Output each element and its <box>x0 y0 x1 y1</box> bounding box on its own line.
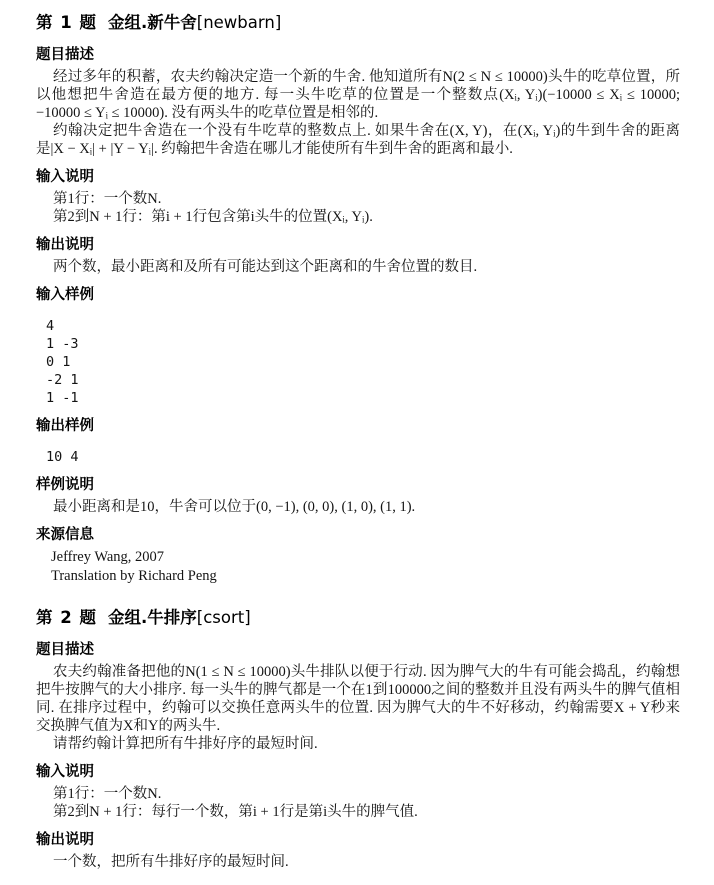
section-heading-description: 题目描述 <box>36 46 680 64</box>
description-paragraph: 约翰决定把牛舍造在一个没有牛吃草的整数点上. 如果牛舍在(X, Y)，在(Xᵢ,… <box>36 122 680 158</box>
description-paragraph: 请帮约翰计算把所有牛排好序的最短时间. <box>36 735 680 753</box>
document-body: { "labels": { "description": "题目描述", "in… <box>0 0 714 885</box>
section-heading-input-spec: 输入说明 <box>36 763 680 781</box>
output-spec-text: 两个数，最小距离和及所有可能达到这个距离和的牛舍位置的数目. <box>36 258 680 276</box>
problem-1-number: 第 1 题 <box>36 13 97 32</box>
problem-1-code-tag: [newbarn] <box>197 13 282 32</box>
section-heading-input-spec: 输入说明 <box>36 168 680 186</box>
output-spec-text: 一个数，把所有牛排好序的最短时间. <box>36 853 680 871</box>
problem-document-page: 第 1 题金组.新牛舍[newbarn] 题目描述 经过多年的积蓄，农夫约翰决定… <box>0 0 714 885</box>
problem-2-code-tag: [csort] <box>197 608 251 627</box>
source-line: Jeffrey Wang, 2007 <box>36 548 680 567</box>
sample-note-text: 最小距离和是10，牛舍可以位于(0, −1), (0, 0), (1, 0), … <box>36 498 680 516</box>
section-heading-sample-input: 输入样例 <box>36 286 680 304</box>
problem-1-title: 第 1 题金组.新牛舍[newbarn] <box>36 12 680 33</box>
description-paragraph: 农夫约翰准备把他的N(1 ≤ N ≤ 10000)头牛排队以便于行动. 因为脾气… <box>36 663 680 735</box>
source-line: Translation by Richard Peng <box>36 567 680 586</box>
section-heading-output-spec: 输出说明 <box>36 831 680 849</box>
problem-1-name: 金组.新牛舍 <box>108 13 197 32</box>
input-spec-line: 第1行：一个数N. <box>36 190 680 208</box>
problem-2-number: 第 2 题 <box>36 608 97 627</box>
section-heading-sample-note: 样例说明 <box>36 476 680 494</box>
input-spec-line: 第1行：一个数N. <box>36 785 680 803</box>
section-heading-output-spec: 输出说明 <box>36 236 680 254</box>
section-heading-description: 题目描述 <box>36 641 680 659</box>
problem-1: 第 1 题金组.新牛舍[newbarn] 题目描述 经过多年的积蓄，农夫约翰决定… <box>36 12 680 586</box>
section-heading-sample-output: 输出样例 <box>36 417 680 435</box>
problem-2: 第 2 题金组.牛排序[csort] 题目描述 农夫约翰准备把他的N(1 ≤ N… <box>36 607 680 871</box>
section-heading-source-info: 来源信息 <box>36 526 680 544</box>
sample-output-code: 10 4 <box>36 448 680 466</box>
problem-2-name: 金组.牛排序 <box>108 608 197 627</box>
sample-input-code: 4 1 -3 0 1 -2 1 1 -1 <box>36 317 680 407</box>
input-spec-line: 第2到N + 1行：第i + 1行包含第i头牛的位置(Xᵢ, Yᵢ). <box>36 208 680 226</box>
problem-2-title: 第 2 题金组.牛排序[csort] <box>36 607 680 628</box>
description-paragraph: 经过多年的积蓄，农夫约翰决定造一个新的牛舍. 他知道所有N(2 ≤ N ≤ 10… <box>36 68 680 122</box>
input-spec-line: 第2到N + 1行：每行一个数，第i + 1行是第i头牛的脾气值. <box>36 803 680 821</box>
